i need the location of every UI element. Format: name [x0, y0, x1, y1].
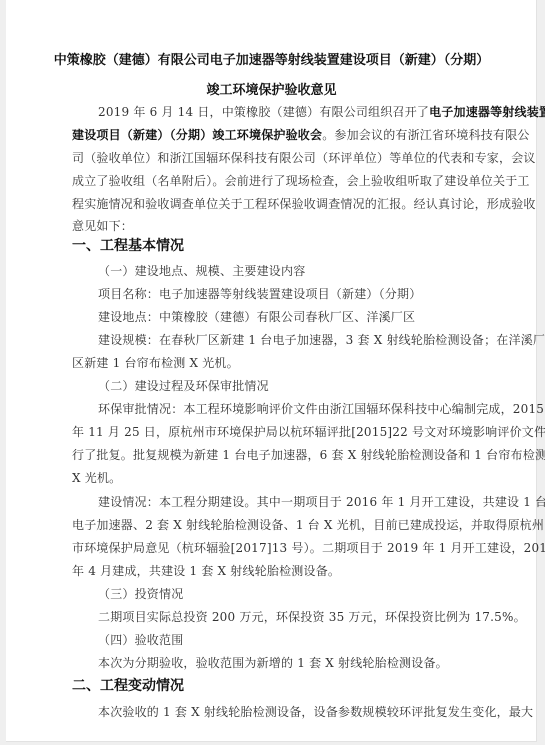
document-title: 中策橡胶（建德）有限公司电子加速器等射线装置建设项目（新建）（分期）	[6, 52, 537, 70]
document-subtitle: 竣工环境保护验收意见	[6, 82, 537, 100]
scope-paragraph: 本次为分期验收，验收范围为新增的 1 套 X 射线轮胎检测设备。	[98, 655, 492, 671]
construction-paragraph: 建设情况：本工程分期建设。其中一期项目于 2016 年 1 月开工建设，共建设 …	[98, 494, 492, 510]
intro-text: 。参加会议的有浙江省环境科技有限公	[322, 128, 529, 142]
project-location: 建设地点：中策橡胶（建德）有限公司春秋厂区、洋溪厂区	[98, 309, 492, 325]
intro-emphasis: 建设项目（新建）（分期）竣工环境保护验收会	[72, 128, 322, 142]
construction-paragraph: 市环境保护局意见（杭环辐验[2017]13 号）。二期项目于 2019 年 1 …	[72, 540, 492, 556]
intro-paragraph-line: 程实施情况和验收调查单位关于工程环保验收调查情况的汇报。经认真讨论，形成验收	[72, 196, 492, 212]
intro-paragraph-line: 司（验收单位）和浙江国辐环保科技有限公司（环评单位）等单位的代表和专家，会议	[72, 150, 492, 166]
intro-paragraph-line: 意见如下：	[72, 218, 492, 234]
subsection-heading: （一）建设地点、规模、主要建设内容	[98, 263, 492, 279]
intro-paragraph-line: 成立了验收组（名单附后）。会前进行了现场检查，会上验收组听取了建设单位关于工	[72, 173, 492, 189]
subsection-heading: （四）验收范围	[98, 632, 492, 648]
document-page: 中策橡胶（建德）有限公司电子加速器等射线装置建设项目（新建）（分期） 竣工环境保…	[6, 0, 537, 742]
approval-paragraph: 年 11 月 25 日，原杭州市环境保护局以杭环辐评批[2015]22 号文对环…	[72, 424, 492, 440]
project-scale: 区新建 1 台帘布检测 X 光机。	[72, 355, 492, 371]
project-scale: 建设规模：在春秋厂区新建 1 台电子加速器，3 套 X 射线轮胎检测设备；在洋溪…	[98, 332, 492, 348]
approval-paragraph: X 光机。	[72, 470, 492, 486]
investment-paragraph: 二期项目实际总投资 200 万元，环保投资 35 万元，环保投资比例为 17.5…	[98, 609, 492, 625]
subsection-heading: （三）投资情况	[98, 586, 492, 602]
subsection-heading: （二）建设过程及环保审批情况	[98, 378, 492, 394]
intro-text: 2019 年 6 月 14 日，中策橡胶（建德）有限公司组织召开了	[98, 105, 429, 119]
construction-paragraph: 年 4 月建成，共建设 1 套 X 射线轮胎检测设备。	[72, 563, 492, 579]
approval-paragraph: 环保审批情况：本工程环境影响评价文件由浙江国辐环保科技中心编制完成，2015	[98, 401, 492, 417]
approval-paragraph: 行了批复。批复规模为新建 1 台电子加速器，6 套 X 射线轮胎检测设备和 1 …	[72, 447, 492, 463]
project-name: 项目名称：电子加速器等射线装置建设项目（新建）（分期）	[98, 286, 492, 302]
section-heading-1: 一、工程基本情况	[72, 237, 184, 255]
intro-paragraph-line: 建设项目（新建）（分期）竣工环境保护验收会。参加会议的有浙江省环境科技有限公	[72, 127, 492, 143]
changes-paragraph: 本次验收的 1 套 X 射线轮胎检测设备，设备参数规模较环评批复发生变化，最大	[98, 704, 492, 720]
intro-paragraph-line: 2019 年 6 月 14 日，中策橡胶（建德）有限公司组织召开了电子加速器等射…	[98, 104, 492, 120]
construction-paragraph: 电子加速器、2 套 X 射线轮胎检测设备、1 台 X 光机，目前已建成投运，并取…	[72, 517, 492, 533]
section-heading-2: 二、工程变动情况	[72, 677, 184, 695]
intro-emphasis: 电子加速器等射线装置	[429, 105, 545, 119]
